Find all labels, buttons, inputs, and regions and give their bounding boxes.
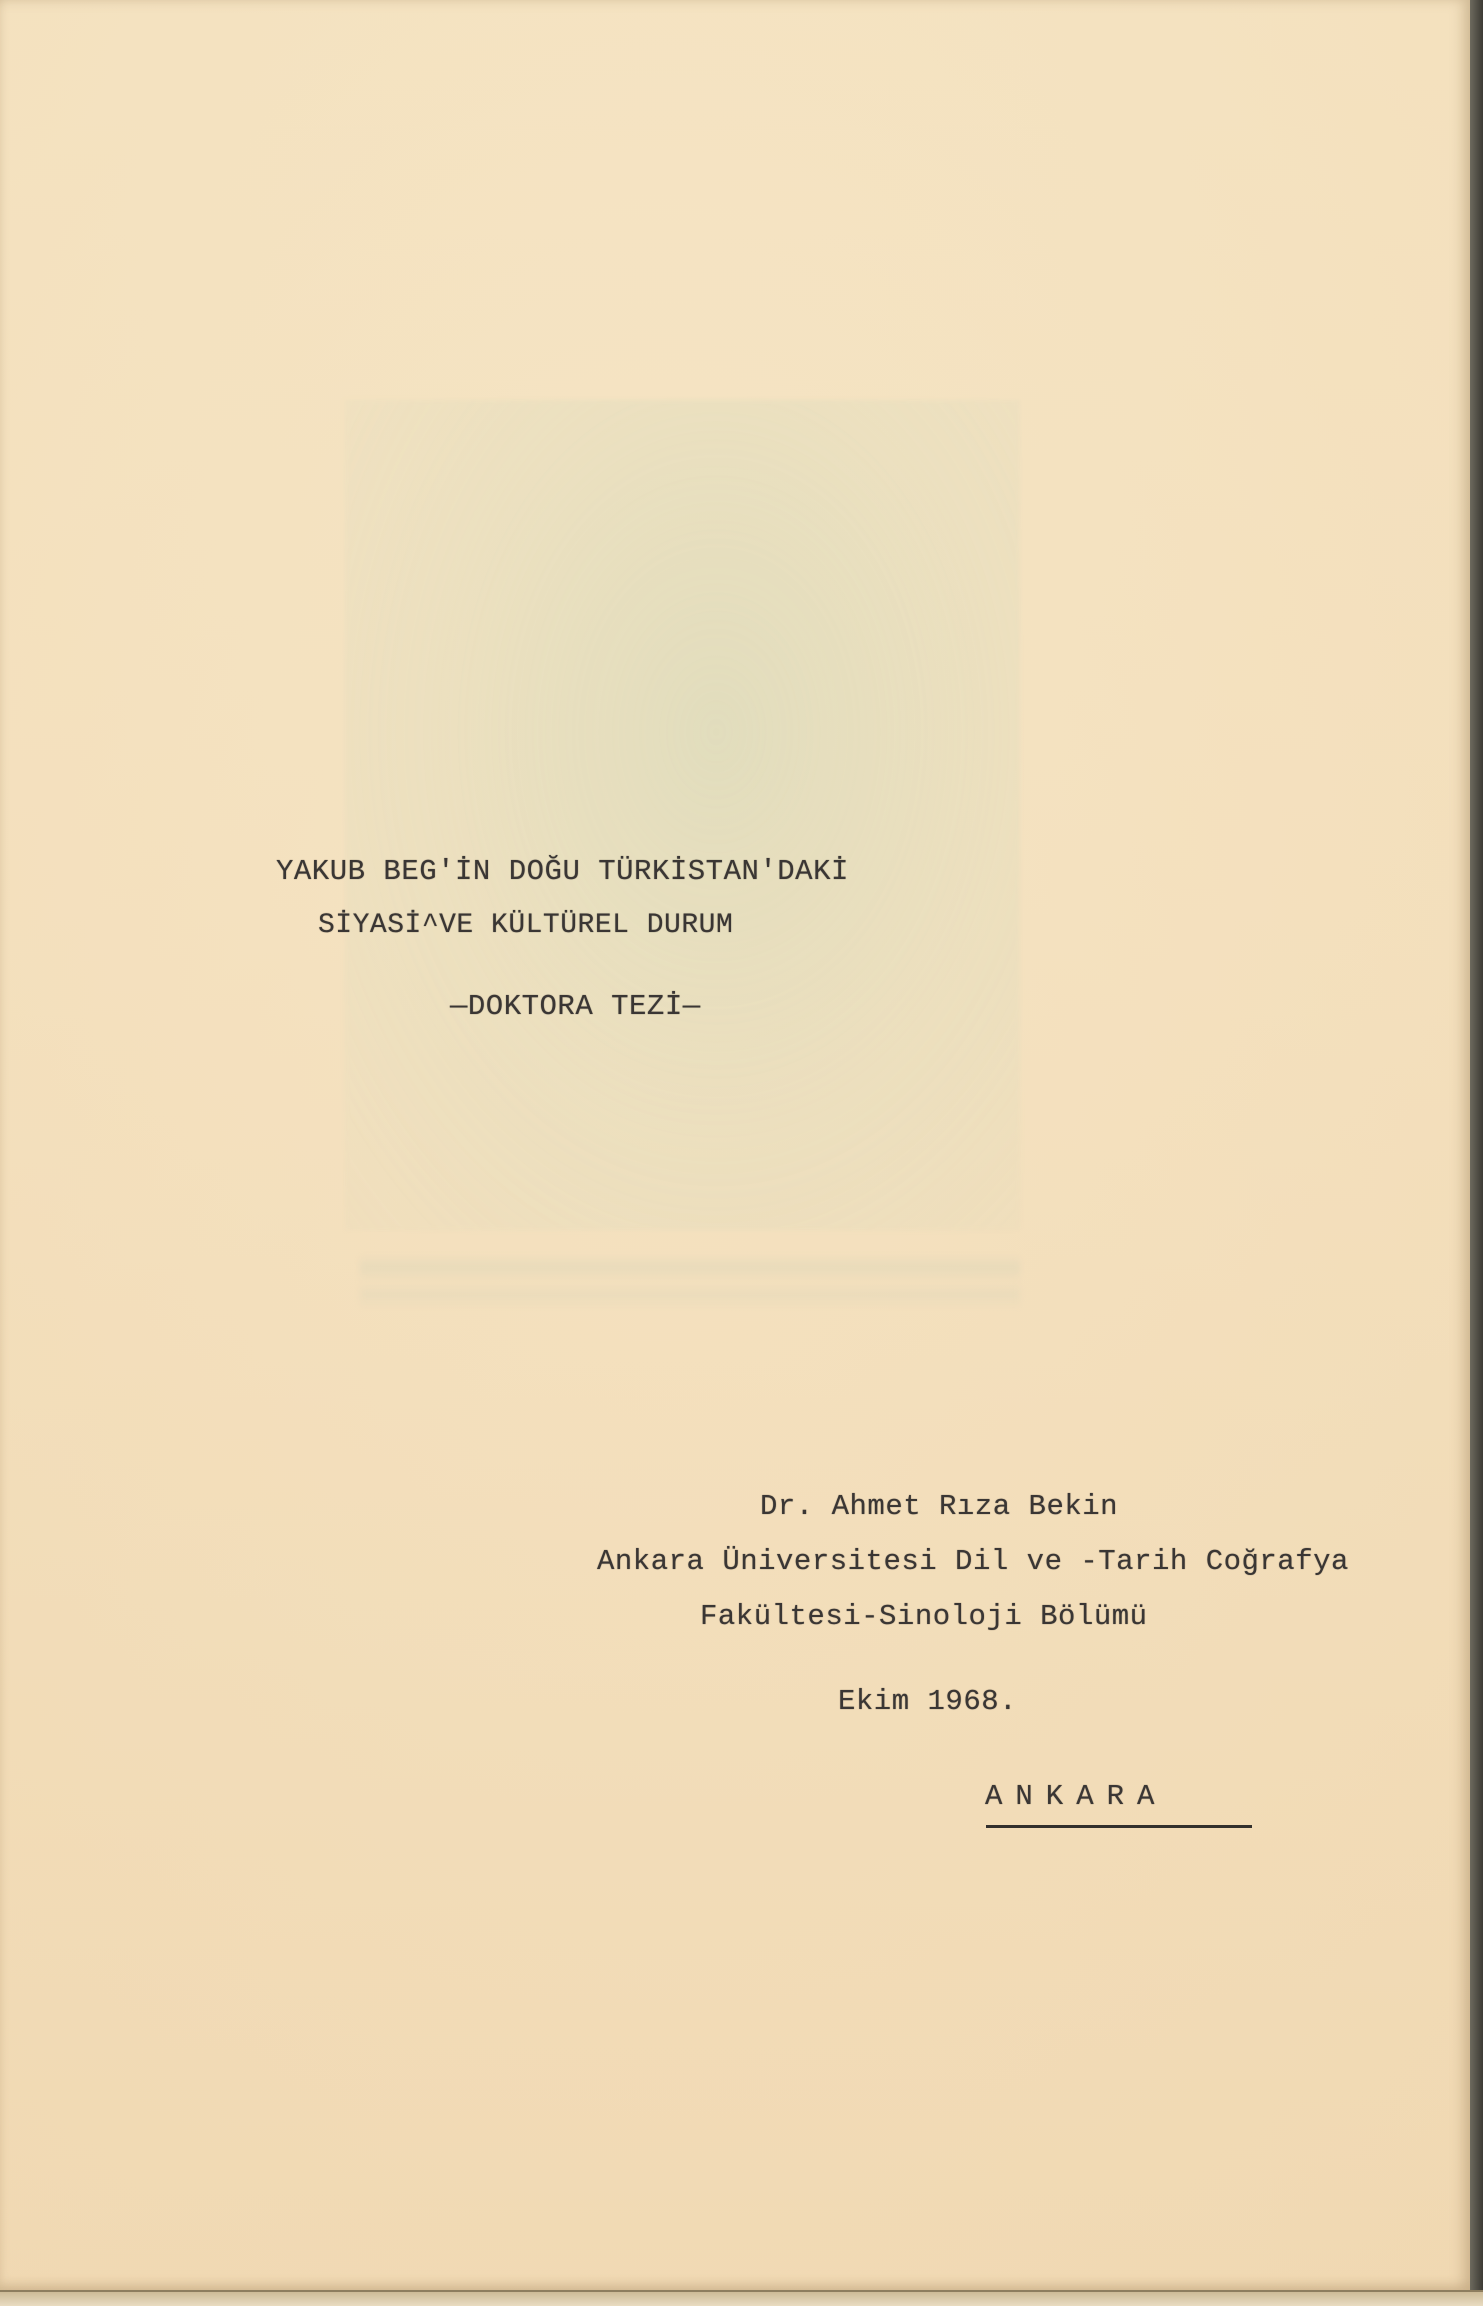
bleed-through-caption [360,1255,1020,1315]
city: ANKARA [985,1780,1167,1813]
scan-edge-right [1470,0,1483,2304]
author-name: Dr. Ahmet Rıza Bekin [760,1490,1118,1523]
thesis-type: —DOKTORA TEZİ— [450,990,701,1023]
scanned-page: YAKUB BEG'İN DOĞU TÜRKİSTAN'DAKİ SİYASİ^… [0,0,1470,2290]
affiliation-line-1: Ankara Üniversitesi Dil ve -Tarih Coğraf… [597,1545,1349,1578]
scan-edge-bottom [0,2290,1483,2304]
title-line-1: YAKUB BEG'İN DOĞU TÜRKİSTAN'DAKİ [276,855,849,888]
title-line-2: SİYASİ^VE KÜLTÜREL DURUM [318,910,733,941]
date: Ekim 1968. [838,1685,1017,1718]
bleed-through-photo [345,400,1020,1230]
city-underline [986,1825,1252,1828]
affiliation-line-2: Fakültesi-Sinoloji Bölümü [700,1600,1148,1633]
